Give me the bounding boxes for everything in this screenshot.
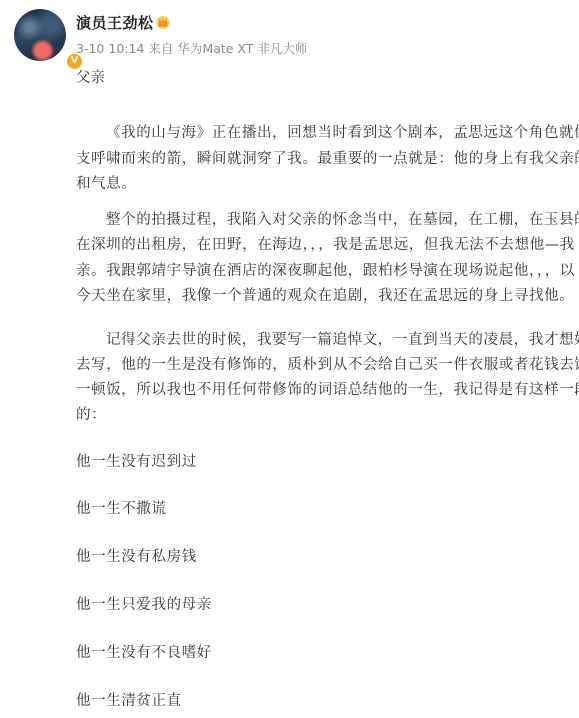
list-item: 他一生没有迟到过 [76, 450, 197, 471]
paragraph-2-line-2: 在深圳的出租房，在田野，在海边，，，我是孟思远，但我无法不去想他—我 [76, 233, 575, 254]
paragraph-1-line-2: 支呼啸而来的箭，瞬间就洞穿了我。最重要的一点就是：他的身上有我父亲的 [76, 147, 579, 168]
post-time[interactable]: 10:14 [108, 41, 144, 56]
paragraph-2-line-3: 亲。我跟郭靖宇导演在酒店的深夜聊起他，跟柏杉导演在现场说起他，，，以 [76, 259, 575, 280]
paragraph-3-line-3: 一顿饭，所以我也不用任何带修饰的词语总结他的一生，我记得是有这样一段 [76, 378, 579, 399]
crown-badge-icon[interactable] [155, 15, 171, 29]
post-meta: 3-1010:14来自华为Mate XT 非凡大师 [76, 39, 311, 57]
paragraph-1-line-3: 和气息。 [76, 172, 136, 193]
paragraph-3-line-2: 去写，他的一生是没有修饰的，质朴到从不会给自己买一件衣服或者花钱去饭 [76, 353, 579, 374]
source-prefix: 来自 [148, 41, 173, 56]
author-name[interactable]: 演员王劲松 [76, 12, 154, 33]
post-source: 华为Mate XT 非凡大师 [177, 41, 307, 56]
list-item: 他一生没有私房钱 [76, 545, 197, 566]
paragraph-2-line-1: 整个的拍摄过程，我陷入对父亲的怀念当中，在墓园，在工棚，在玉县的 [106, 208, 579, 229]
paragraph-3-line-4: 的： [76, 403, 106, 424]
post-title: 父亲 [76, 66, 105, 87]
list-item: 他一生没有不良嗜好 [76, 641, 212, 662]
weibo-post: V 演员王劲松 3-1010:14来自华为Mate XT 非凡大师 父亲 《我的… [0, 0, 579, 718]
list-item: 他一生只爱我的母亲 [76, 593, 212, 614]
list-item: 他一生不撒谎 [76, 497, 167, 518]
list-item: 他一生清贫正直 [76, 689, 182, 710]
paragraph-3-line-1: 记得父亲去世的时候，我要写一篇追悼文，一直到当天的凌晨，我才想好 [106, 328, 579, 349]
paragraph-2-line-4: 今天坐在家里，我像一个普通的观众在追剧，我还在孟思远的身上寻找他。 [76, 284, 574, 305]
post-date[interactable]: 3-10 [76, 41, 104, 56]
paragraph-1-line-1: 《我的山与海》正在播出，回想当时看到这个剧本，孟思远这个角色就像一 [106, 121, 579, 142]
avatar[interactable]: V [14, 9, 66, 61]
